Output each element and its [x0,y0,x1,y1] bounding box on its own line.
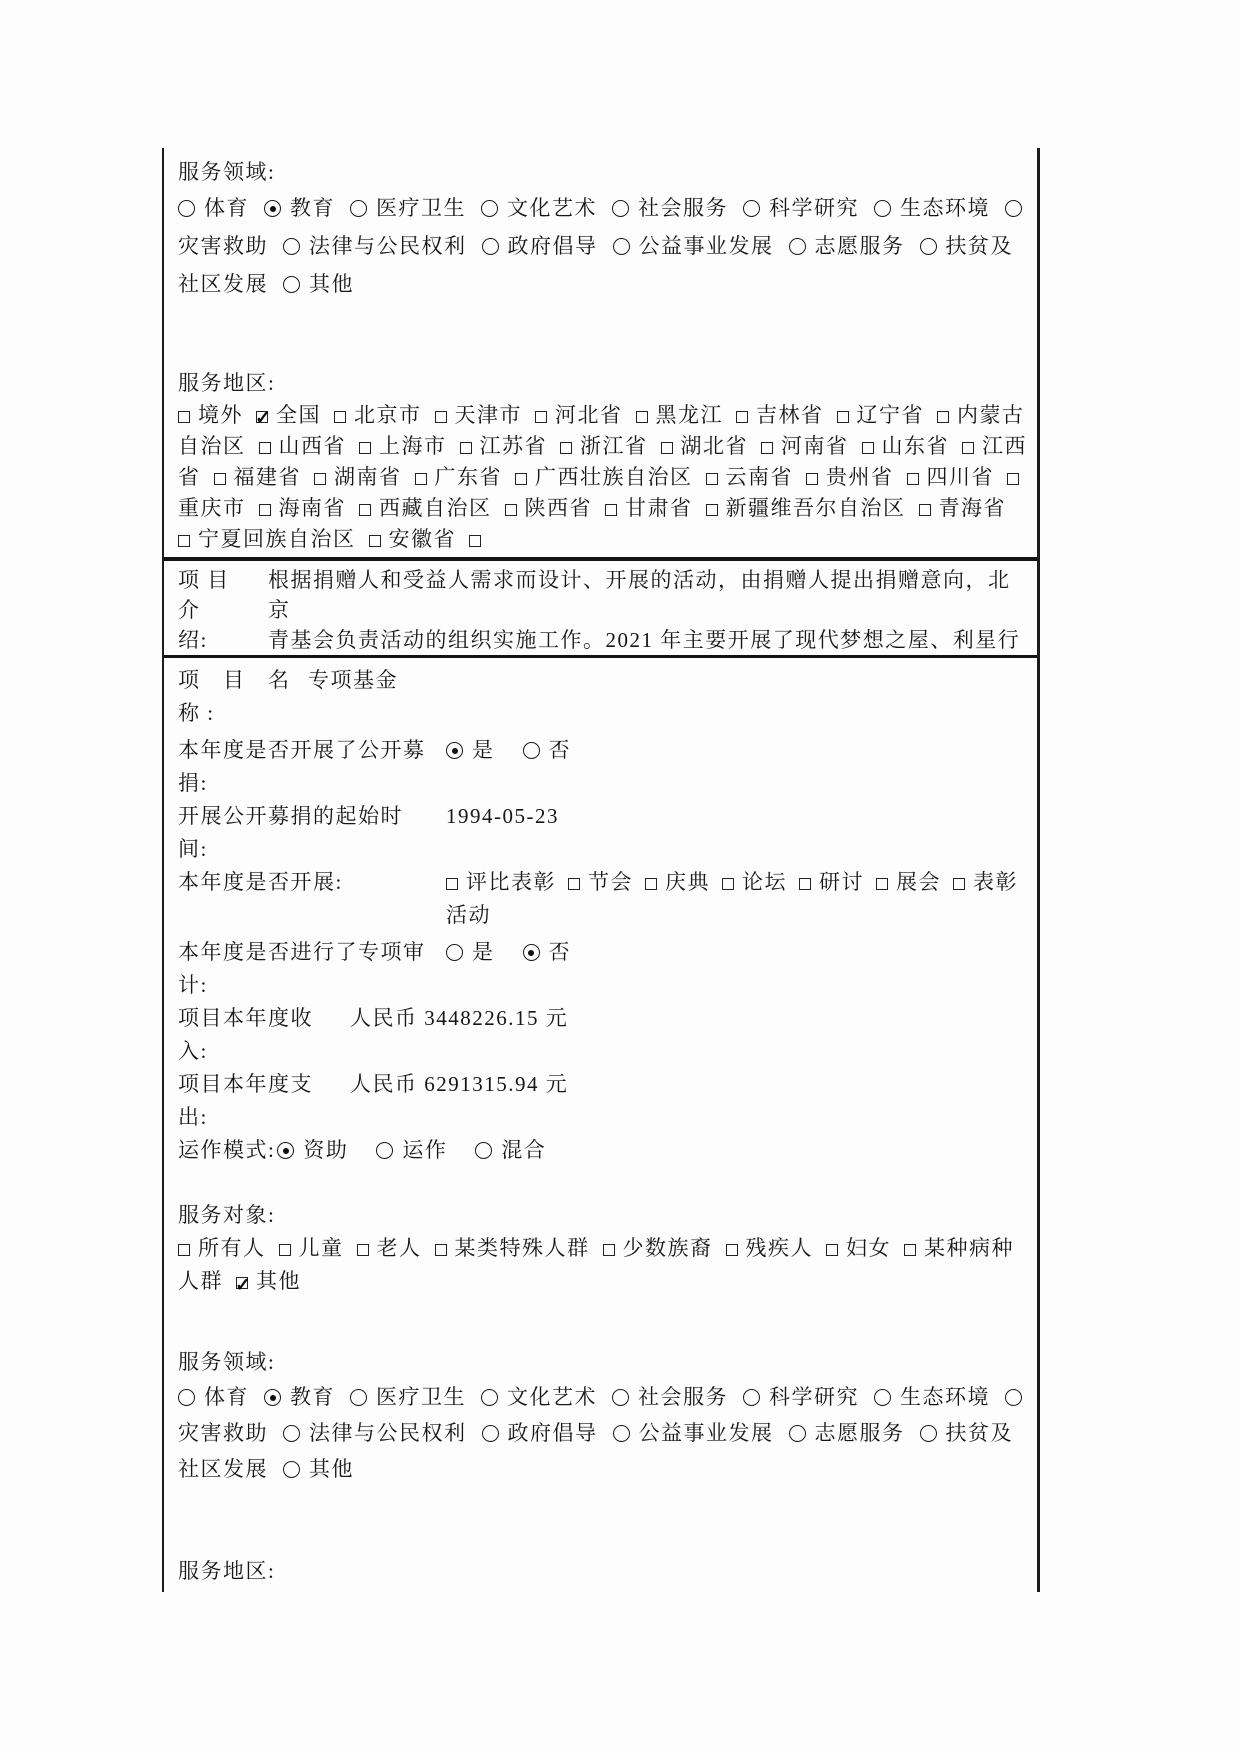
checkbox-icon [369,535,381,547]
radio-option: 政府倡导 [482,1421,598,1445]
option-label: 文化艺术 [507,196,597,220]
radio-option: 体育 [178,196,249,220]
option-label: 陕西省 [525,496,593,520]
option-label: 科学研究 [769,196,859,220]
option-label: 研讨 [819,870,864,894]
service-target-label: 服务对象: [178,1199,1031,1232]
radio-checked-icon [523,944,540,961]
checkbox-option: 河北省 [535,403,623,427]
radio-icon [874,1389,891,1406]
option-label: 少数族裔 [623,1236,713,1260]
service-field-options: 体育教育医疗卫生文化艺术社会服务科学研究生态环境灾害救助法律与公民权利政府倡导公… [178,189,1031,303]
project-intro-label: 项 目 介 绍: [178,565,258,655]
option-label: 辽宁省 [857,403,925,427]
checkbox-option: 海南省 [259,496,347,520]
radio-checked-icon [446,742,463,759]
checkbox-option [469,527,489,551]
radio-icon [920,1425,937,1442]
checkbox-icon [761,442,773,454]
option-label: 资助 [303,1138,348,1162]
special-audit-label: 本年度是否进行了专项审 计: [178,936,446,1002]
fundraising-start-value: 1994-05-23 [446,800,1031,866]
radio-icon [283,238,300,255]
option-label: 是 [472,940,495,964]
checkbox-icon [862,442,874,454]
radio-icon [283,276,300,293]
service-target-options: 所有人儿童老人某类特殊人群少数族裔残疾人妇女某种病种人群其他 [178,1232,1031,1298]
radio-option: 法律与公民权利 [283,1421,467,1445]
option-label: 江苏省 [480,434,548,458]
option-label: 青海省 [939,496,1007,520]
option-label: 河北省 [555,403,623,427]
checkbox-icon [435,1244,447,1256]
checkbox-icon [435,411,447,423]
radio-icon [920,238,937,255]
option-label: 社会服务 [638,1385,728,1409]
option-label: 西藏自治区 [379,496,492,520]
radio-icon [612,200,629,217]
checkbox-option: 天津市 [435,403,523,427]
option-label: 其他 [256,1269,301,1293]
checkbox-icon [357,1244,369,1256]
special-audit-options: 是否 [446,936,1031,1002]
checkbox-option: 北京市 [334,403,422,427]
option-label: 广东省 [435,465,503,489]
field-project-name: 项 目 名 称 : 专项基金 [178,664,1031,730]
checkbox-icon [214,473,226,485]
checkbox-option: 全国 [256,403,321,427]
checkbox-icon [314,473,326,485]
radio-option: 混合 [475,1138,546,1162]
project-intro-text: 根据捐赠人和受益人需求而设计、开展的活动，由捐赠人提出捐赠意向，北京 青基会负责… [268,565,1031,655]
checkbox-icon [446,878,458,890]
radio-icon [482,1425,499,1442]
option-label: 安徽省 [389,527,457,551]
option-label: 政府倡导 [508,234,598,258]
checkbox-option: 儿童 [279,1236,344,1260]
radio-icon [481,1389,498,1406]
option-label: 山东省 [882,434,950,458]
option-label: 政府倡导 [508,1421,598,1445]
checkbox-option: 甘肃省 [605,496,693,520]
radio-icon [789,238,806,255]
checkbox-option: 浙江省 [560,434,648,458]
option-label: 法律与公民权利 [309,1421,467,1445]
checkbox-option: 四川省 [907,465,995,489]
radio-icon [613,238,630,255]
service-section-row: 服务领域: 体育教育医疗卫生文化艺术社会服务科学研究生态环境灾害救助法律与公民权… [164,148,1037,561]
checkbox-option: 残疾人 [726,1236,814,1260]
checkbox-icon [359,504,371,516]
option-label: 全国 [276,403,321,427]
option-label: 老人 [377,1236,422,1260]
option-label: 境外 [198,403,243,427]
checkbox-icon [636,411,648,423]
checkbox-icon [605,504,617,516]
option-label: 科学研究 [769,1385,859,1409]
radio-checked-icon [264,200,281,217]
radio-option: 法律与公民权利 [283,234,467,258]
radio-option: 志愿服务 [789,234,905,258]
radio-option: 生态环境 [874,1385,990,1409]
checkbox-icon [736,411,748,423]
field-annual-events: 本年度是否开展: 评比表彰节会庆典论坛研讨展会表彰活动 [178,866,1031,932]
option-label: 公益事业发展 [639,234,774,258]
checkbox-option: 山西省 [259,434,347,458]
checkbox-icon [953,878,965,890]
service-field2-label: 服务领域: [178,1346,1031,1379]
option-label: 医疗卫生 [376,1385,466,1409]
checkbox-icon [904,1244,916,1256]
radio-icon [789,1425,806,1442]
option-label: 天津市 [455,403,523,427]
fundraising-start-label: 开展公开募捐的起始时 间: [178,800,446,866]
checkbox-icon [876,878,888,890]
checkbox-option: 辽宁省 [837,403,925,427]
project-name-label: 项 目 名 称 : [178,664,308,730]
radio-option: 社会服务 [612,1385,728,1409]
option-label: 法律与公民权利 [309,234,467,258]
radio-option: 资助 [277,1138,348,1162]
radio-option: 体育 [178,1385,249,1409]
radio-option: 医疗卫生 [350,196,466,220]
checkbox-icon [962,442,974,454]
radio-option: 公益事业发展 [613,234,774,258]
radio-icon [874,200,891,217]
option-label: 甘肃省 [625,496,693,520]
checkbox-option: 宁夏回族自治区 [178,527,356,551]
field-annual-income: 项目本年度收 入: 人民币 3448226.15 元 [178,1002,1031,1068]
field-fundraising-start-time: 开展公开募捐的起始时 间: 1994-05-23 [178,800,1031,866]
option-label: 文化艺术 [507,1385,597,1409]
service-field2-options: 体育教育医疗卫生文化艺术社会服务科学研究生态环境灾害救助法律与公民权利政府倡导公… [178,1379,1031,1487]
checkbox-option: 论坛 [722,870,787,894]
checkbox-icon [535,411,547,423]
annual-expense-value: 人民币 6291315.94 元 [350,1068,1031,1134]
checkbox-icon [334,411,346,423]
checkbox-icon [826,1244,838,1256]
radio-option: 文化艺术 [481,196,597,220]
radio-icon [350,1389,367,1406]
checkbox-icon [568,878,580,890]
option-label: 灾害救助 [178,1421,268,1445]
checkbox-option: 老人 [357,1236,422,1260]
option-label: 节会 [588,870,633,894]
option-label: 评比表彰 [466,870,556,894]
option-label: 体育 [204,1385,249,1409]
option-label: 所有人 [198,1236,266,1260]
service-region2-label: 服务地区: [178,1555,1031,1585]
option-label: 体育 [204,196,249,220]
radio-option: 社会服务 [612,196,728,220]
checkbox-icon [919,504,931,516]
option-label: 教育 [290,196,335,220]
checkbox-icon [837,411,849,423]
option-label: 黑龙江 [656,403,724,427]
checkbox-option: 广东省 [415,465,503,489]
radio-option: 科学研究 [743,196,859,220]
radio-icon [283,1461,300,1478]
checkbox-icon [460,442,472,454]
option-label: 残疾人 [746,1236,814,1260]
checkbox-option: 山东省 [862,434,950,458]
option-label: 宁夏回族自治区 [198,527,356,551]
checkbox-option: 吉林省 [736,403,824,427]
checkbox-icon [560,442,572,454]
checkbox-icon [706,504,718,516]
checkbox-option: 某类特殊人群 [435,1236,590,1260]
checkbox-icon [645,878,657,890]
checkbox-icon [722,878,734,890]
checkbox-icon [279,1244,291,1256]
option-label: 山西省 [279,434,347,458]
option-label: 混合 [501,1138,546,1162]
checkbox-icon [726,1244,738,1256]
radio-icon [178,200,195,217]
option-label: 海南省 [279,496,347,520]
radio-option: 文化艺术 [481,1385,597,1409]
checkbox-option: 评比表彰 [446,870,556,894]
document-page: 服务领域: 体育教育医疗卫生文化艺术社会服务科学研究生态环境灾害救助法律与公民权… [0,0,1240,1753]
checkbox-icon [907,473,919,485]
checkbox-option: 节会 [568,870,633,894]
option-label: 贵州省 [826,465,894,489]
form-table: 服务领域: 体育教育医疗卫生文化艺术社会服务科学研究生态环境灾害救助法律与公民权… [162,148,1040,1592]
radio-icon [743,1389,760,1406]
option-label: 四川省 [927,465,995,489]
option-label: 广西壮族自治区 [535,465,693,489]
radio-icon [376,1142,393,1159]
service-field-label: 服务领域: [178,156,1031,189]
option-label: 湖南省 [334,465,402,489]
checkbox-icon [706,473,718,485]
option-label: 某类特殊人群 [455,1236,590,1260]
service-region-options: 境外全国北京市天津市河北省黑龙江吉林省辽宁省内蒙古自治区山西省上海市江苏省浙江省… [178,400,1031,555]
checkbox-option: 妇女 [826,1236,891,1260]
checkbox-icon [661,442,673,454]
option-label: 湖北省 [681,434,749,458]
radio-option: 是 [446,738,495,762]
radio-icon [1005,1389,1022,1406]
checkbox-icon [799,878,811,890]
checkbox-icon [937,411,949,423]
checkbox-icon [469,535,481,547]
checkbox-icon [178,1244,190,1256]
service-region-label: 服务地区: [178,367,1031,400]
checkbox-option: 西藏自治区 [359,496,492,520]
checkbox-icon [178,411,190,423]
checkbox-option: 少数族裔 [603,1236,713,1260]
option-label: 其他 [309,1457,354,1481]
checkbox-option: 广西壮族自治区 [515,465,693,489]
checkbox-option: 青海省 [919,496,1007,520]
option-label: 其他 [309,272,354,296]
annual-events-options: 评比表彰节会庆典论坛研讨展会表彰活动 [446,866,1031,932]
field-operation-mode: 运作模式: 资助运作混合 [178,1134,1031,1167]
option-label: 北京市 [354,403,422,427]
option-label: 否 [549,940,572,964]
radio-option: 公益事业发展 [613,1421,774,1445]
checkbox-option: 其他 [236,1269,301,1293]
checkbox-option: 研讨 [799,870,864,894]
annual-expense-label: 项目本年度支 出: [178,1068,350,1134]
checkbox-option: 福建省 [214,465,302,489]
project-detail-row: 项 目 名 称 : 专项基金 本年度是否开展了公开募 捐: 是否 开展公开募捐的… [164,658,1037,1585]
option-label: 福建省 [234,465,302,489]
checkbox-option: 陕西省 [505,496,593,520]
radio-option: 是 [446,940,495,964]
checkbox-icon [359,442,371,454]
checkbox-icon [415,473,427,485]
radio-checked-icon [277,1142,294,1159]
radio-icon [1005,200,1022,217]
radio-option: 政府倡导 [482,234,598,258]
radio-icon [283,1425,300,1442]
option-label: 志愿服务 [815,1421,905,1445]
option-label: 妇女 [846,1236,891,1260]
field-public-fundraising: 本年度是否开展了公开募 捐: 是否 [178,734,1031,800]
field-annual-expense: 项目本年度支 出: 人民币 6291315.94 元 [178,1068,1031,1134]
checkbox-option: 所有人 [178,1236,266,1260]
radio-option: 科学研究 [743,1385,859,1409]
option-label: 庆典 [665,870,710,894]
radio-icon [612,1389,629,1406]
radio-option: 生态环境 [874,196,990,220]
option-label: 否 [549,738,572,762]
option-label: 生态环境 [900,196,990,220]
option-label: 重庆市 [178,496,246,520]
radio-icon [523,742,540,759]
checkbox-option: 新疆维吾尔自治区 [706,496,906,520]
checkbox-option: 湖南省 [314,465,402,489]
option-label: 浙江省 [580,434,648,458]
radio-option: 志愿服务 [789,1421,905,1445]
option-label: 上海市 [379,434,447,458]
radio-option: 教育 [264,1385,335,1409]
radio-option: 其他 [283,1457,354,1481]
operation-mode-label: 运作模式: [178,1134,275,1167]
checkbox-option: 黑龙江 [636,403,724,427]
annual-income-value: 人民币 3448226.15 元 [350,1002,1031,1068]
public-fundraising-options: 是否 [446,734,1031,800]
radio-option: 教育 [264,196,335,220]
checkbox-checked-icon [236,1277,248,1289]
option-label: 公益事业发展 [639,1421,774,1445]
radio-option: 运作 [376,1138,447,1162]
project-name-value: 专项基金 [308,664,1031,730]
annual-income-label: 项目本年度收 入: [178,1002,350,1068]
project-intro-row: 项 目 介 绍: 根据捐赠人和受益人需求而设计、开展的活动，由捐赠人提出捐赠意向… [164,561,1037,658]
checkbox-option: 贵州省 [806,465,894,489]
radio-icon [481,200,498,217]
checkbox-icon [505,504,517,516]
checkbox-option: 展会 [876,870,941,894]
radio-icon [178,1389,195,1406]
option-label: 云南省 [726,465,794,489]
operation-mode-options: 资助运作混合 [277,1134,1031,1167]
checkbox-icon [259,504,271,516]
option-label: 教育 [290,1385,335,1409]
checkbox-icon [1007,473,1019,485]
radio-icon [475,1142,492,1159]
checkbox-option: 上海市 [359,434,447,458]
checkbox-option: 境外 [178,403,243,427]
option-label: 是 [472,738,495,762]
radio-checked-icon [264,1389,281,1406]
checkbox-icon [259,442,271,454]
checkbox-option: 云南省 [706,465,794,489]
radio-icon [613,1425,630,1442]
public-fundraising-label: 本年度是否开展了公开募 捐: [178,734,446,800]
option-label: 社会服务 [638,196,728,220]
option-label: 河南省 [781,434,849,458]
option-label: 儿童 [299,1236,344,1260]
radio-icon [446,944,463,961]
radio-icon [350,200,367,217]
option-label: 运作 [402,1138,447,1162]
field-special-audit: 本年度是否进行了专项审 计: 是否 [178,936,1031,1002]
checkbox-option: 江苏省 [460,434,548,458]
radio-option: 其他 [283,272,354,296]
option-label: 医疗卫生 [376,196,466,220]
radio-option: 医疗卫生 [350,1385,466,1409]
radio-icon [482,238,499,255]
option-label: 灾害救助 [178,234,268,258]
radio-option: 否 [523,738,572,762]
option-label: 志愿服务 [815,234,905,258]
checkbox-icon [806,473,818,485]
radio-icon [743,200,760,217]
checkbox-checked-icon [256,411,268,423]
option-label: 吉林省 [756,403,824,427]
option-label: 新疆维吾尔自治区 [726,496,906,520]
checkbox-option: 安徽省 [369,527,457,551]
option-label: 论坛 [742,870,787,894]
checkbox-icon [178,535,190,547]
checkbox-icon [603,1244,615,1256]
option-label: 展会 [896,870,941,894]
checkbox-option: 湖北省 [661,434,749,458]
option-label: 生态环境 [900,1385,990,1409]
annual-events-label: 本年度是否开展: [178,866,446,932]
checkbox-option: 庆典 [645,870,710,894]
checkbox-option: 河南省 [761,434,849,458]
checkbox-icon [515,473,527,485]
radio-option: 否 [523,940,572,964]
